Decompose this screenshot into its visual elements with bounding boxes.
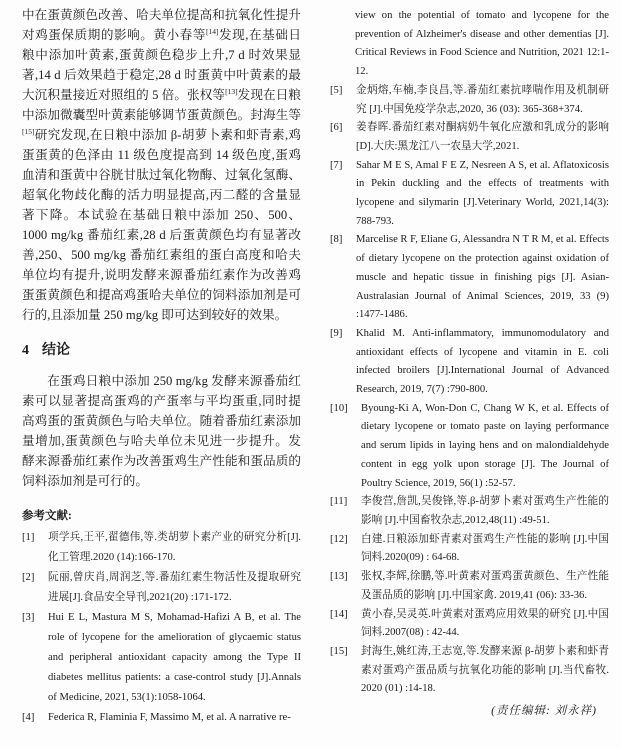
left-column: 中在蛋黄颜色改善、哈夫单位提高和抗氧化性提升对鸡蛋保质期的影响。黄小春等[14]…	[22, 5, 301, 749]
reference-number: [5]	[330, 82, 342, 101]
reference-list-right: [5]金炳熔,车楠,李良昌,等.番茄红素抗哮喘作用及机制研究 [J].中国免疫学…	[330, 82, 609, 699]
reference-text: 阮丽,曾庆肖,周润芝,等.番茄红素生物活性及提取研究进展[J].食品安全导刊,2…	[48, 572, 301, 603]
right-column: view on the potential of tomato and lyco…	[330, 5, 609, 749]
reference-number: [12]	[330, 531, 348, 550]
reference-item: [1]项学兵,王平,翟德伟,等.类胡萝卜素产业的研究分析[J].化工管理.202…	[22, 528, 301, 568]
reference-item: [7]Sahar M E S, Amal F E Z, Nesreen A S,…	[330, 157, 609, 232]
reference-text: 封海生,姚红涛,王志宽,等.发酵来源 β-胡萝卜素和虾青素对蛋鸡产蛋品质与抗氧化…	[361, 646, 609, 694]
reference-text: 姜春晖.番茄红素对酮病奶牛氧化应激和乳成分的影响[D].大庆:黑龙江八一农垦大学…	[356, 122, 609, 152]
reference-item: [2]阮丽,曾庆肖,周润芝,等.番茄红素生物活性及提取研究进展[J].食品安全导…	[22, 568, 301, 608]
section-heading: 4 结论	[22, 339, 301, 359]
reference-text: Federica R, Flaminia F, Massimo M, et al…	[48, 712, 291, 723]
reference-item: [6]姜春晖.番茄红素对酮病奶牛氧化应激和乳成分的影响[D].大庆:黑龙江八一农…	[330, 119, 609, 156]
reference-number: [8]	[330, 231, 342, 250]
reference-item: [15]封海生,姚红涛,王志宽,等.发酵来源 β-胡萝卜素和虾青素对蛋鸡产蛋品质…	[330, 643, 609, 699]
paper-page: 中在蛋黄颜色改善、哈夫单位提高和抗氧化性提升对鸡蛋保质期的影响。黄小春等[14]…	[0, 0, 621, 749]
reference-text: 白建.日粮添加虾青素对蛋鸡生产性能的影响 [J].中国饲料.2020(09) :…	[361, 534, 609, 564]
reference-number: [6]	[330, 119, 342, 138]
references-heading: 参考文献:	[22, 507, 301, 523]
reference-continuation: view on the potential of tomato and lyco…	[330, 7, 609, 82]
conclusion-paragraph: 在蛋鸡日粮中添加 250 mg/kg 发酵来源番茄红素可以显著提高蛋鸡的产蛋率与…	[22, 371, 301, 491]
reference-item: [11]李俊营,詹凯,吴俊锋,等.β-胡萝卜素对蛋鸡生产性能的影响 [J].中国…	[330, 493, 609, 530]
reference-item: [3]Hui E L, Mastura M S, Mohamad-Hafizi …	[22, 608, 301, 708]
reference-item: [5]金炳熔,车楠,李良昌,等.番茄红素抗哮喘作用及机制研究 [J].中国免疫学…	[330, 82, 609, 119]
reference-text: Hui E L, Mastura M S, Mohamad-Hafizi A B…	[48, 612, 301, 703]
reference-text: 张权,李辉,徐鹏,等.叶黄素对蛋鸡蛋黄颜色、生产性能及蛋品质的影响 [J].中国…	[361, 571, 609, 601]
citation-superscript: [15]	[22, 127, 35, 136]
reference-number: [9]	[330, 325, 342, 344]
reference-text: Sahar M E S, Amal F E Z, Nesreen A S, et…	[356, 160, 609, 227]
reference-text: 项学兵,王平,翟德伟,等.类胡萝卜素产业的研究分析[J].化工管理.2020 (…	[48, 532, 301, 563]
reference-number: [10]	[330, 400, 348, 419]
reference-item: [10]Byoung-Ki A, Won-Don C, Chang W K, e…	[330, 400, 609, 494]
body-paragraph: 中在蛋黄颜色改善、哈夫单位提高和抗氧化性提升对鸡蛋保质期的影响。黄小春等[14]…	[22, 5, 301, 325]
section-number: 4	[22, 343, 29, 359]
citation-superscript: [13]	[225, 87, 238, 96]
reference-list-left: [1]项学兵,王平,翟德伟,等.类胡萝卜素产业的研究分析[J].化工管理.202…	[22, 528, 301, 728]
reference-number: [2]	[22, 568, 34, 588]
reference-text: Byoung-Ki A, Won-Don C, Chang W K, et al…	[361, 403, 609, 489]
reference-number: [14]	[330, 606, 348, 625]
reference-number: [11]	[330, 493, 347, 512]
reference-text: 李俊营,詹凯,吴俊锋,等.β-胡萝卜素对蛋鸡生产性能的影响 [J].中国畜牧杂志…	[361, 496, 609, 526]
reference-number: [15]	[330, 643, 348, 662]
reference-number: [4]	[22, 708, 34, 728]
reference-text: 金炳熔,车楠,李良昌,等.番茄红素抗哮喘作用及机制研究 [J].中国免疫学杂志,…	[356, 85, 609, 115]
reference-number: [7]	[330, 157, 342, 176]
reference-item: [12]白建.日粮添加虾青素对蛋鸡生产性能的影响 [J].中国饲料.2020(0…	[330, 531, 609, 568]
editor-note: (责任编辑: 刘永祥)	[330, 702, 609, 718]
reference-item: [14]黄小春,吴灵英.叶黄素对蛋鸡应用效果的研究 [J].中国饲料.2007(…	[330, 606, 609, 643]
citation-superscript: [14]	[206, 27, 219, 36]
reference-number: [1]	[22, 528, 34, 548]
reference-item: [9]Khalid M. Anti-inflammatory, immunomo…	[330, 325, 609, 400]
reference-text: Marcelise R F, Eliane G, Alessandra N T …	[356, 234, 609, 320]
reference-text: 黄小春,吴灵英.叶黄素对蛋鸡应用效果的研究 [J].中国饲料.2007(08) …	[361, 609, 609, 639]
section-title: 结论	[42, 339, 70, 359]
reference-item: [8]Marcelise R F, Eliane G, Alessandra N…	[330, 231, 609, 325]
reference-item: [4]Federica R, Flaminia F, Massimo M, et…	[22, 708, 301, 728]
reference-item: [13]张权,李辉,徐鹏,等.叶黄素对蛋鸡蛋黄颜色、生产性能及蛋品质的影响 [J…	[330, 568, 609, 605]
reference-text: Khalid M. Anti-inflammatory, immunomodul…	[356, 328, 609, 395]
reference-number: [3]	[22, 608, 34, 628]
reference-number: [13]	[330, 568, 348, 587]
